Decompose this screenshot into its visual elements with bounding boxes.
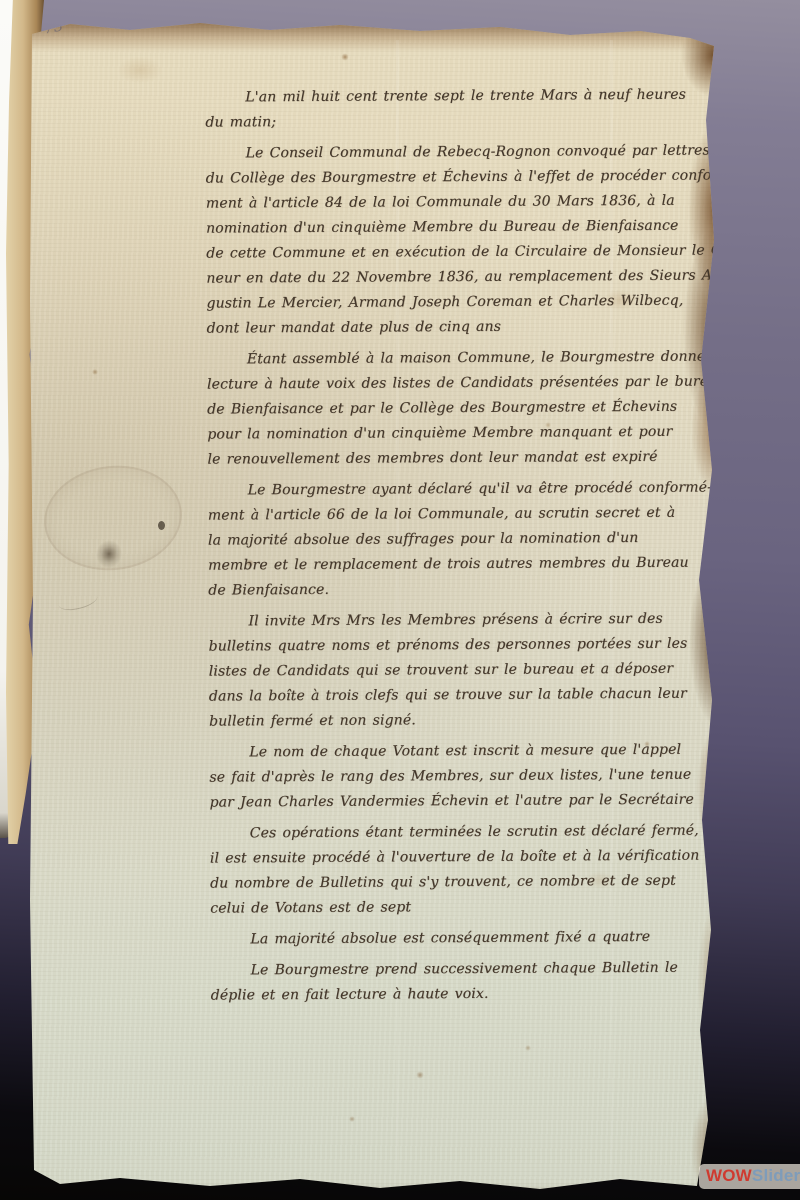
manuscript-line: la majorité absolue des suffrages pour l… <box>208 525 724 553</box>
manuscript-line: se fait d'après le rang des Membres, sur… <box>209 762 725 790</box>
manuscript-line: de cette Commune et en exécution de la C… <box>206 238 722 266</box>
manuscript-line: bulletin fermé et non signé. <box>209 706 725 734</box>
manuscript-line: du matin; <box>205 107 721 135</box>
manuscript-line: bulletins quatre noms et prénoms des per… <box>209 631 725 659</box>
manuscript-paragraph: Le Bourgmestre prend successivement chaq… <box>211 955 727 1008</box>
manuscript-photo: 73 L'an mil huit cent trente sept le tre… <box>0 0 800 1200</box>
manuscript-line: du nombre de Bulletins qui s'y trouvent,… <box>210 868 726 896</box>
manuscript-line: celui de Votans est de sept <box>210 893 726 921</box>
manuscript-line: il est ensuite procédé à l'ouverture de … <box>210 843 726 871</box>
manuscript-line: lecture à haute voix des listes de Candi… <box>207 369 723 397</box>
manuscript-line: listes de Candidats qui se trouvent sur … <box>209 656 725 684</box>
manuscript-paragraph: Le Conseil Communal de Rebecq-Rognon con… <box>206 138 723 341</box>
wowslider-watermark[interactable]: WOWSlider <box>699 1164 800 1189</box>
ink-dot <box>158 521 165 530</box>
handwritten-text-block: L'an mil huit cent trente sept le trente… <box>205 82 727 1014</box>
manuscript-line: dont leur mandat date plus de cinq ans <box>207 313 723 341</box>
manuscript-line: neur en date du 22 Novembre 1836, au rem… <box>206 263 722 291</box>
manuscript-line: du Collège des Bourgmestre et Échevins à… <box>206 163 722 191</box>
manuscript-line: de Bienfaisance. <box>208 575 724 603</box>
manuscript-line: L'an mil huit cent trente sept le trente… <box>205 82 721 110</box>
manuscript-line: gustin Le Mercier, Armand Joseph Coreman… <box>206 288 722 316</box>
manuscript-line: Le Bourgmestre ayant déclaré qu'il va êt… <box>208 475 724 503</box>
manuscript-line: par Jean Charles Vandermies Échevin et l… <box>209 787 725 815</box>
manuscript-line: déplie et en fait lecture à haute voix. <box>211 980 727 1008</box>
manuscript-paragraph: L'an mil huit cent trente sept le trente… <box>205 82 721 135</box>
manuscript-line: Il invite Mrs Mrs les Membres présens à … <box>208 606 724 634</box>
pencil-mark <box>57 587 100 613</box>
manuscript-line: Étant assemblé à la maison Commune, le B… <box>207 344 723 372</box>
manuscript-line: ment à l'article 66 de la loi Communale,… <box>208 500 724 528</box>
manuscript-line: La majorité absolue est conséquemment fi… <box>210 924 726 952</box>
manuscript-page: 73 L'an mil huit cent trente sept le tre… <box>0 0 800 1200</box>
manuscript-line: pour la nomination d'un cinquième Membre… <box>207 419 723 447</box>
manuscript-line: Le Bourgmestre prend successivement chaq… <box>211 955 727 983</box>
manuscript-line: membre et le remplacement de trois autre… <box>208 550 724 578</box>
manuscript-paragraph: La majorité absolue est conséquemment fi… <box>210 924 726 952</box>
manuscript-paragraph: Le nom de chaque Votant est inscrit à me… <box>209 737 725 815</box>
manuscript-paragraph: Ces opérations étant terminées le scruti… <box>210 818 727 921</box>
manuscript-line: Ces opérations étant terminées le scruti… <box>210 818 726 846</box>
manuscript-line: dans la boîte à trois clefs qui se trouv… <box>209 681 725 709</box>
manuscript-paragraph: Il invite Mrs Mrs les Membres présens à … <box>208 606 725 734</box>
manuscript-paragraph: Étant assemblé à la maison Commune, le B… <box>207 344 724 472</box>
manuscript-line: Le Conseil Communal de Rebecq-Rognon con… <box>206 138 722 166</box>
manuscript-line: nomination d'un cinquième Membre du Bure… <box>206 213 722 241</box>
manuscript-line: Le nom de chaque Votant est inscrit à me… <box>209 737 725 765</box>
manuscript-line: le renouvellement des membres dont leur … <box>207 444 723 472</box>
manuscript-line: ment à l'article 84 de la loi Communale … <box>206 188 722 216</box>
watermark-wow-text: WOW <box>706 1166 752 1185</box>
watermark-slider-text: Slider <box>752 1166 800 1185</box>
manuscript-line: de Bienfaisance et par le Collège des Bo… <box>207 394 723 422</box>
manuscript-paragraph: Le Bourgmestre ayant déclaré qu'il va êt… <box>208 475 725 603</box>
